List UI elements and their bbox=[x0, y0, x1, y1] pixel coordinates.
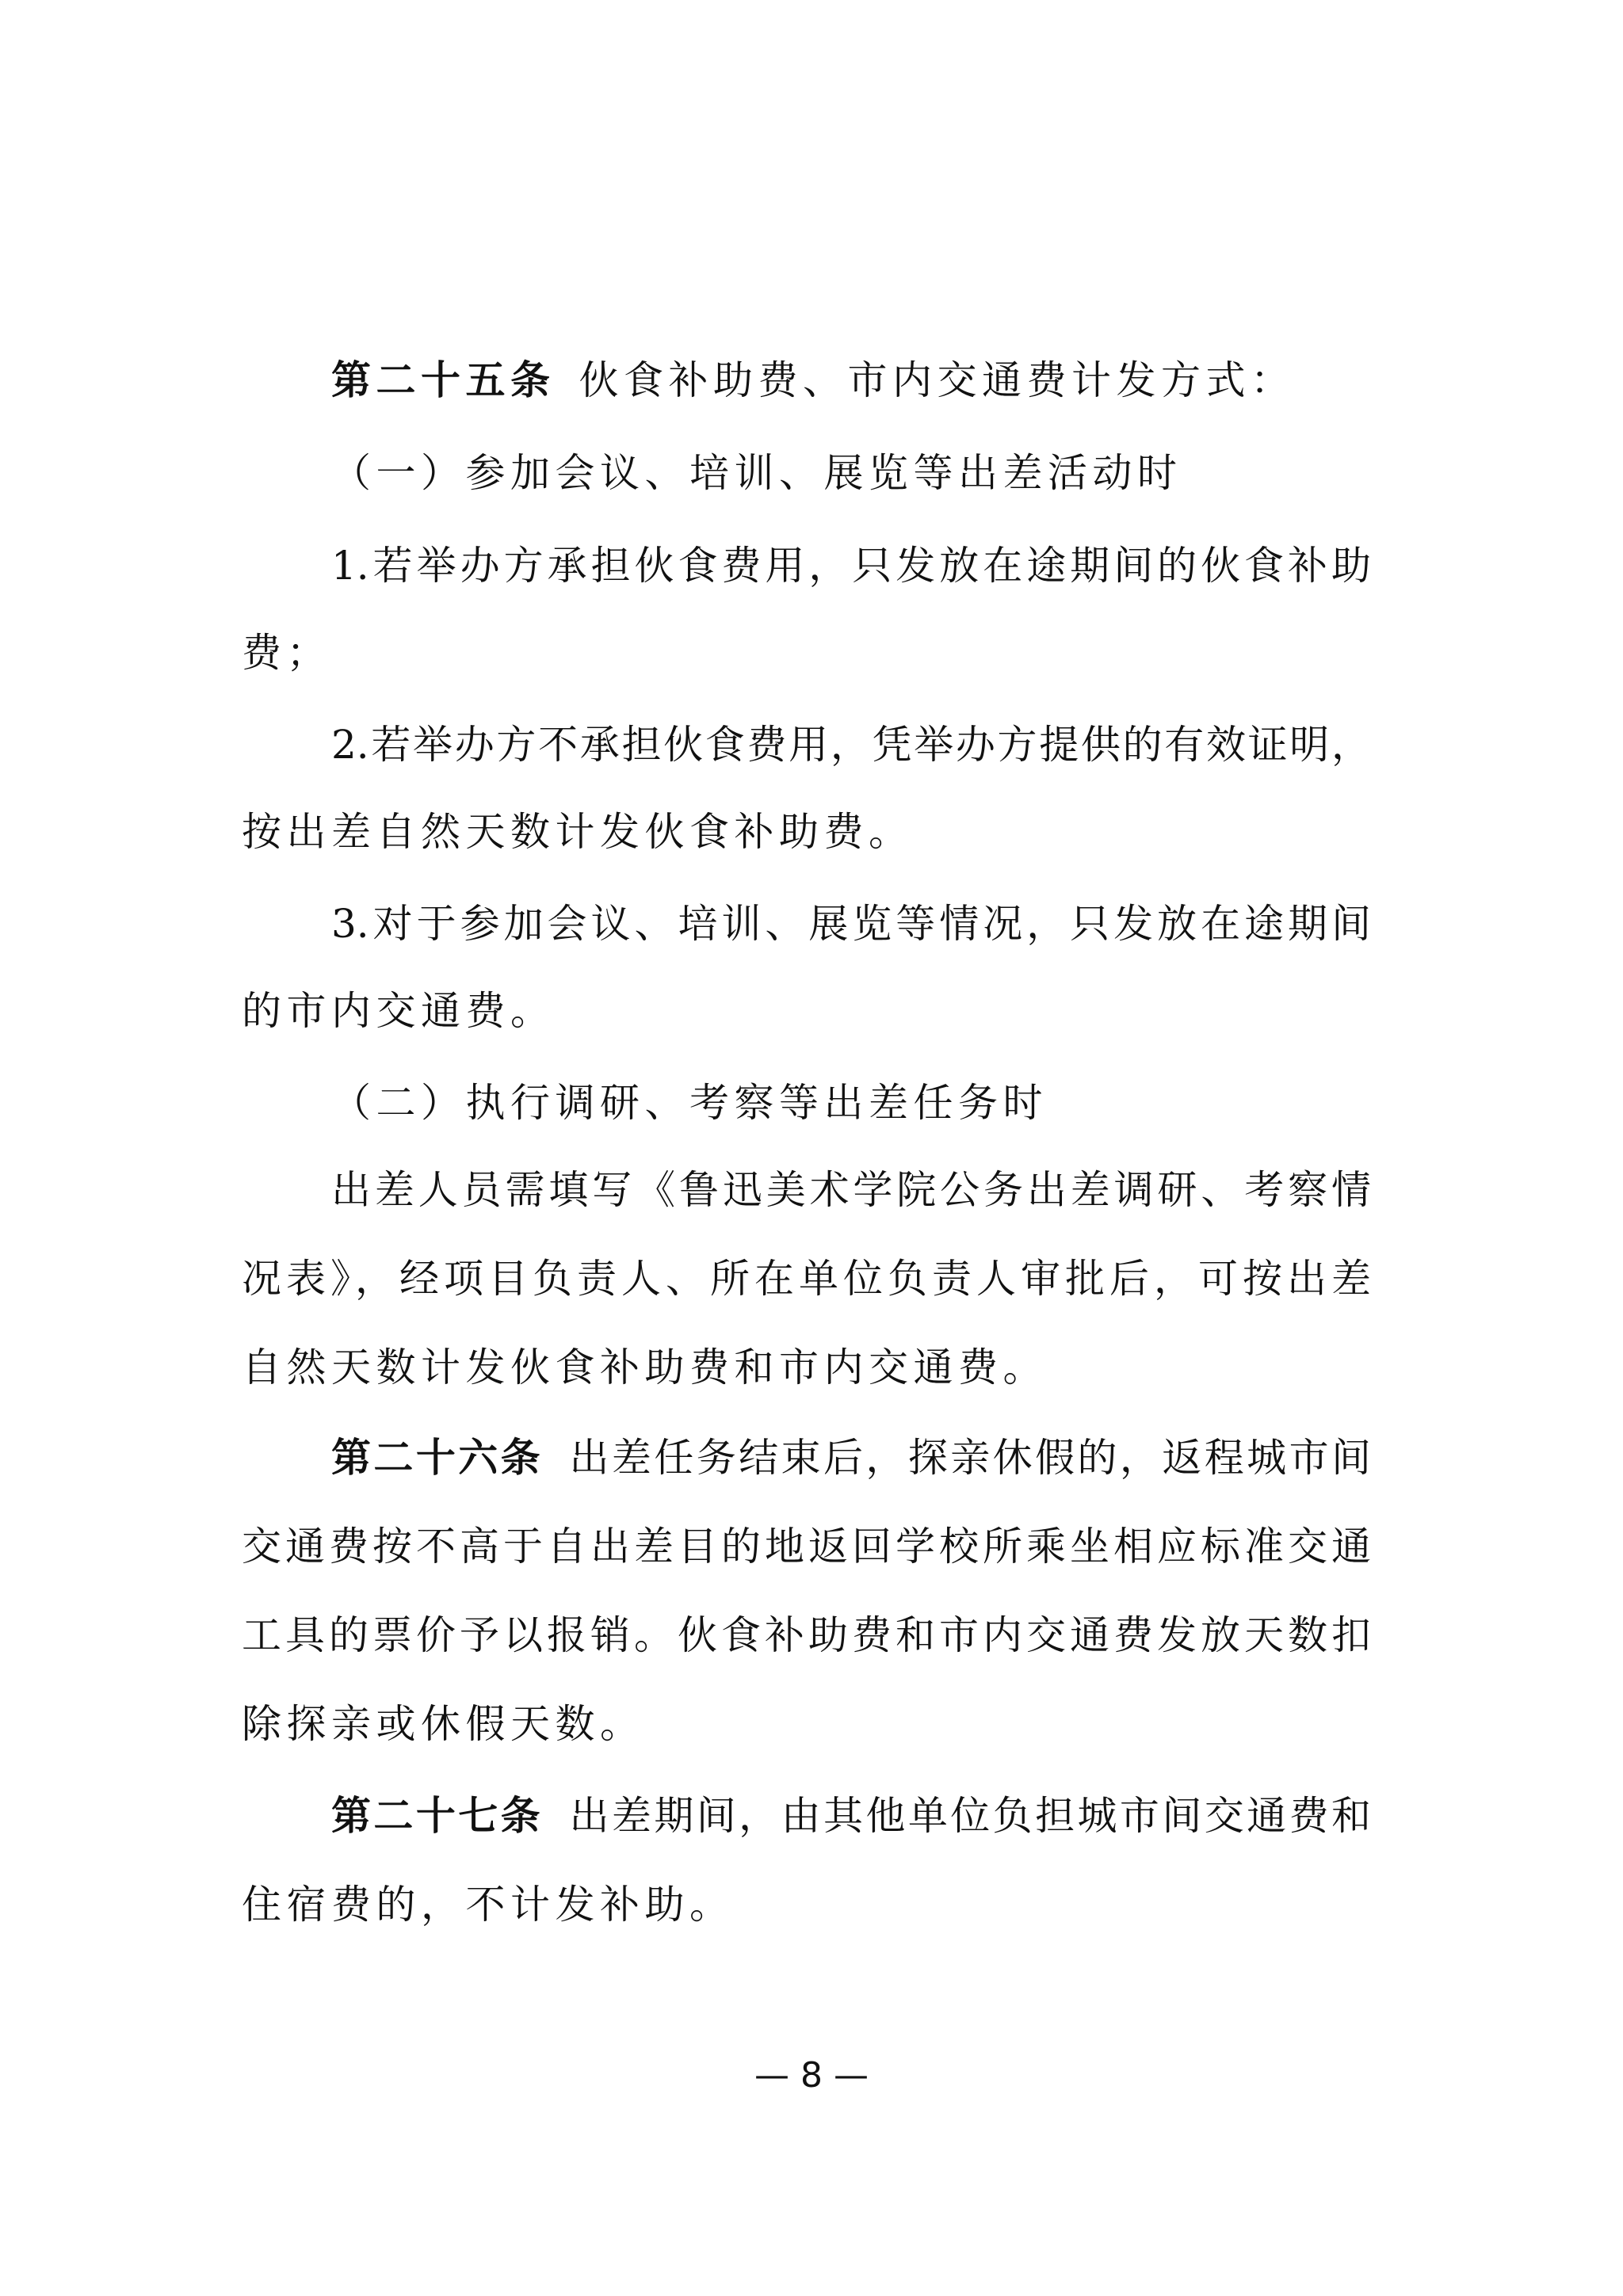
article-text: 出差期间，由其他单位负担城市间交通费和 bbox=[567, 1793, 1371, 1839]
article-heading: 第二十六条 bbox=[331, 1434, 543, 1481]
paragraph-line: 按出差自然天数计发伙食补助费。 bbox=[242, 800, 1371, 864]
page-number: — 8 — bbox=[0, 2052, 1623, 2100]
article-text: 出差任务结束后，探亲休假的，返程城市间 bbox=[567, 1435, 1371, 1481]
paragraph-line: 除探亲或休假天数。 bbox=[242, 1692, 1371, 1756]
paragraph-line: 自然天数计发伙食补助费和市内交通费。 bbox=[242, 1336, 1371, 1399]
paragraph-line: 费； bbox=[242, 621, 1371, 685]
article-25-heading-line: 第二十五条伙食补助费、市内交通费计发方式： bbox=[331, 349, 1371, 412]
paragraph-line: 工具的票价予以报销。伙食补助费和市内交通费发放天数扣 bbox=[242, 1604, 1371, 1667]
paragraph-line: 的市内交通费。 bbox=[242, 979, 1371, 1043]
paragraph-line: 况表》，经项目负责人、所在单位负责人审批后，可按出差 bbox=[242, 1247, 1371, 1310]
paragraph-line: 住宿费的，不计发补助。 bbox=[242, 1873, 1371, 1936]
paragraph-line: 交通费按不高于自出差目的地返回学校所乘坐相应标准交通 bbox=[242, 1515, 1371, 1578]
section-label: （一）参加会议、培训、展览等出差活动时 bbox=[331, 441, 1371, 505]
article-heading: 第二十五条 bbox=[331, 357, 556, 403]
paragraph-line: 出差人员需填写《鲁迅美术学院公务出差调研、考察情 bbox=[331, 1158, 1371, 1222]
article-27-heading-line: 第二十七条出差期间，由其他单位负担城市间交通费和 bbox=[331, 1784, 1371, 1848]
paragraph-line: 2.若举办方不承担伙食费用，凭举办方提供的有效证明， bbox=[331, 713, 1371, 776]
article-heading: 第二十七条 bbox=[331, 1792, 543, 1839]
section-label: （二）执行调研、考察等出差任务时 bbox=[331, 1071, 1371, 1135]
paragraph-line: 3.对于参加会议、培训、展览等情况，只发放在途期间 bbox=[331, 892, 1371, 955]
article-title: 伙食补助费、市内交通费计发方式： bbox=[579, 357, 1296, 403]
article-26-heading-line: 第二十六条出差任务结束后，探亲休假的，返程城市间 bbox=[331, 1426, 1371, 1489]
paragraph-line: 1.若举办方承担伙食费用，只发放在途期间的伙食补助 bbox=[331, 534, 1371, 597]
document-page: 第二十五条伙食补助费、市内交通费计发方式： （一）参加会议、培训、展览等出差活动… bbox=[0, 0, 1623, 2296]
